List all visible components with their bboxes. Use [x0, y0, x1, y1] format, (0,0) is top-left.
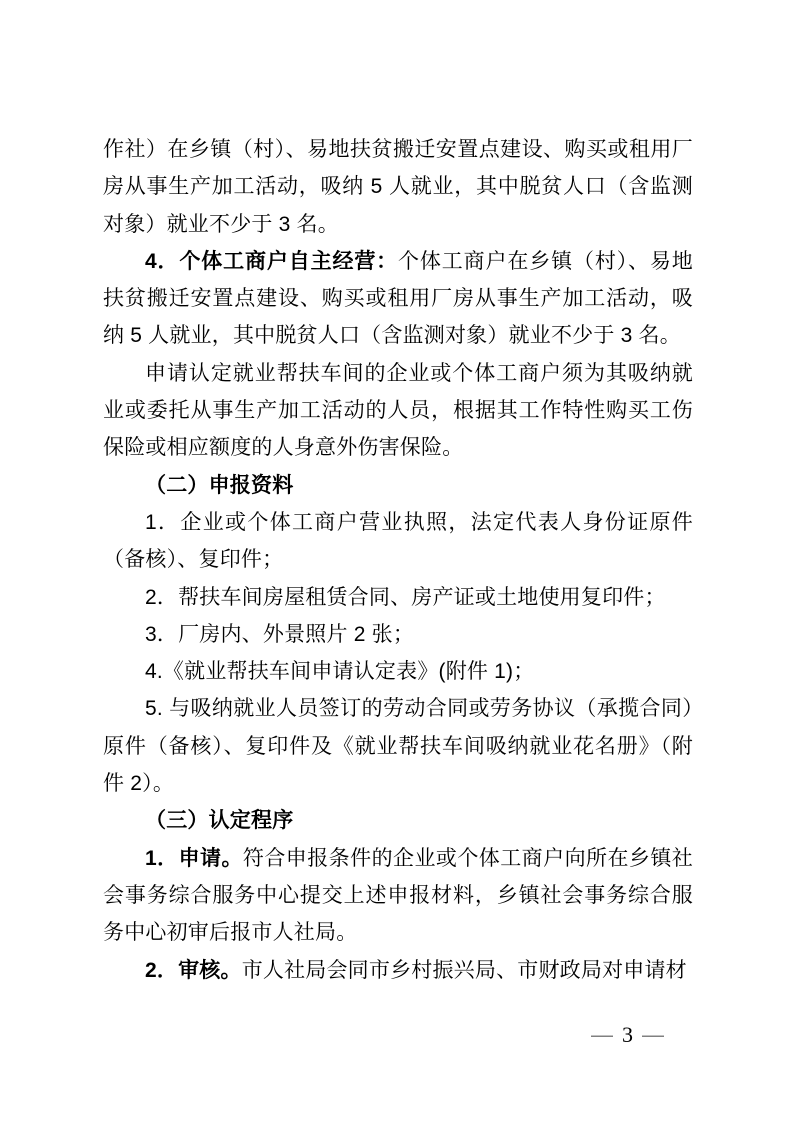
- footer-dash-right: —: [633, 1022, 673, 1047]
- paragraph-insurance-requirement: 申请认定就业帮扶车间的企业或个体工商户须为其吸纳就业或委托从事生产加工活动的人员…: [103, 355, 693, 467]
- page-number-footer: —3—: [582, 1022, 673, 1048]
- paragraph-lead-bold: 2．审核。: [145, 959, 242, 982]
- list-item-2: 2．帮扶车间房屋租赁合同、房产证或土地使用复印件；: [103, 579, 693, 616]
- document-body: 作社）在乡镇（村）、易地扶贫搬迁安置点建设、购买或租用厂房从事生产加工活动，吸纳…: [103, 131, 693, 989]
- paragraph-item4-self-operation: 4．个体工商户自主经营：个体工商户在乡镇（村）、易地扶贫搬迁安置点建设、购买或租…: [103, 243, 693, 355]
- list-item-1: 1．企业或个体工商户营业执照，法定代表人身份证原件（备核）、复印件；: [103, 504, 693, 579]
- list-item-4: 4.《就业帮扶车间申请认定表》(附件 1)；: [103, 653, 693, 690]
- paragraph-lead-bold: 4．个体工商户自主经营：: [145, 250, 398, 273]
- document-page: 作社）在乡镇（村）、易地扶贫搬迁安置点建设、购买或租用厂房从事生产加工活动，吸纳…: [0, 0, 794, 1122]
- section-heading-recognition-procedure: （三）认定程序: [103, 802, 693, 839]
- paragraph-step1-apply: 1．申请。符合申报条件的企业或个体工商户向所在乡镇社会事务综合服务中心提交上述申…: [103, 840, 693, 952]
- list-item-3: 3．厂房内、外景照片 2 张；: [103, 616, 693, 653]
- paragraph-continuation: 作社）在乡镇（村）、易地扶贫搬迁安置点建设、购买或租用厂房从事生产加工活动，吸纳…: [103, 131, 693, 243]
- list-item-5: 5. 与吸纳就业人员签订的劳动合同或劳务协议（承揽合同）原件（备核）、复印件及《…: [103, 690, 693, 802]
- footer-dash-left: —: [582, 1022, 622, 1047]
- paragraph-step2-review: 2．审核。市人社局会同市乡村振兴局、市财政局对申请材: [103, 952, 693, 989]
- section-heading-application-materials: （二）申报资料: [103, 467, 693, 504]
- paragraph-body-text: 市人社局会同市乡村振兴局、市财政局对申请材: [242, 959, 687, 982]
- page-number: 3: [622, 1022, 633, 1047]
- paragraph-lead-bold: 1．申请。: [145, 847, 243, 870]
